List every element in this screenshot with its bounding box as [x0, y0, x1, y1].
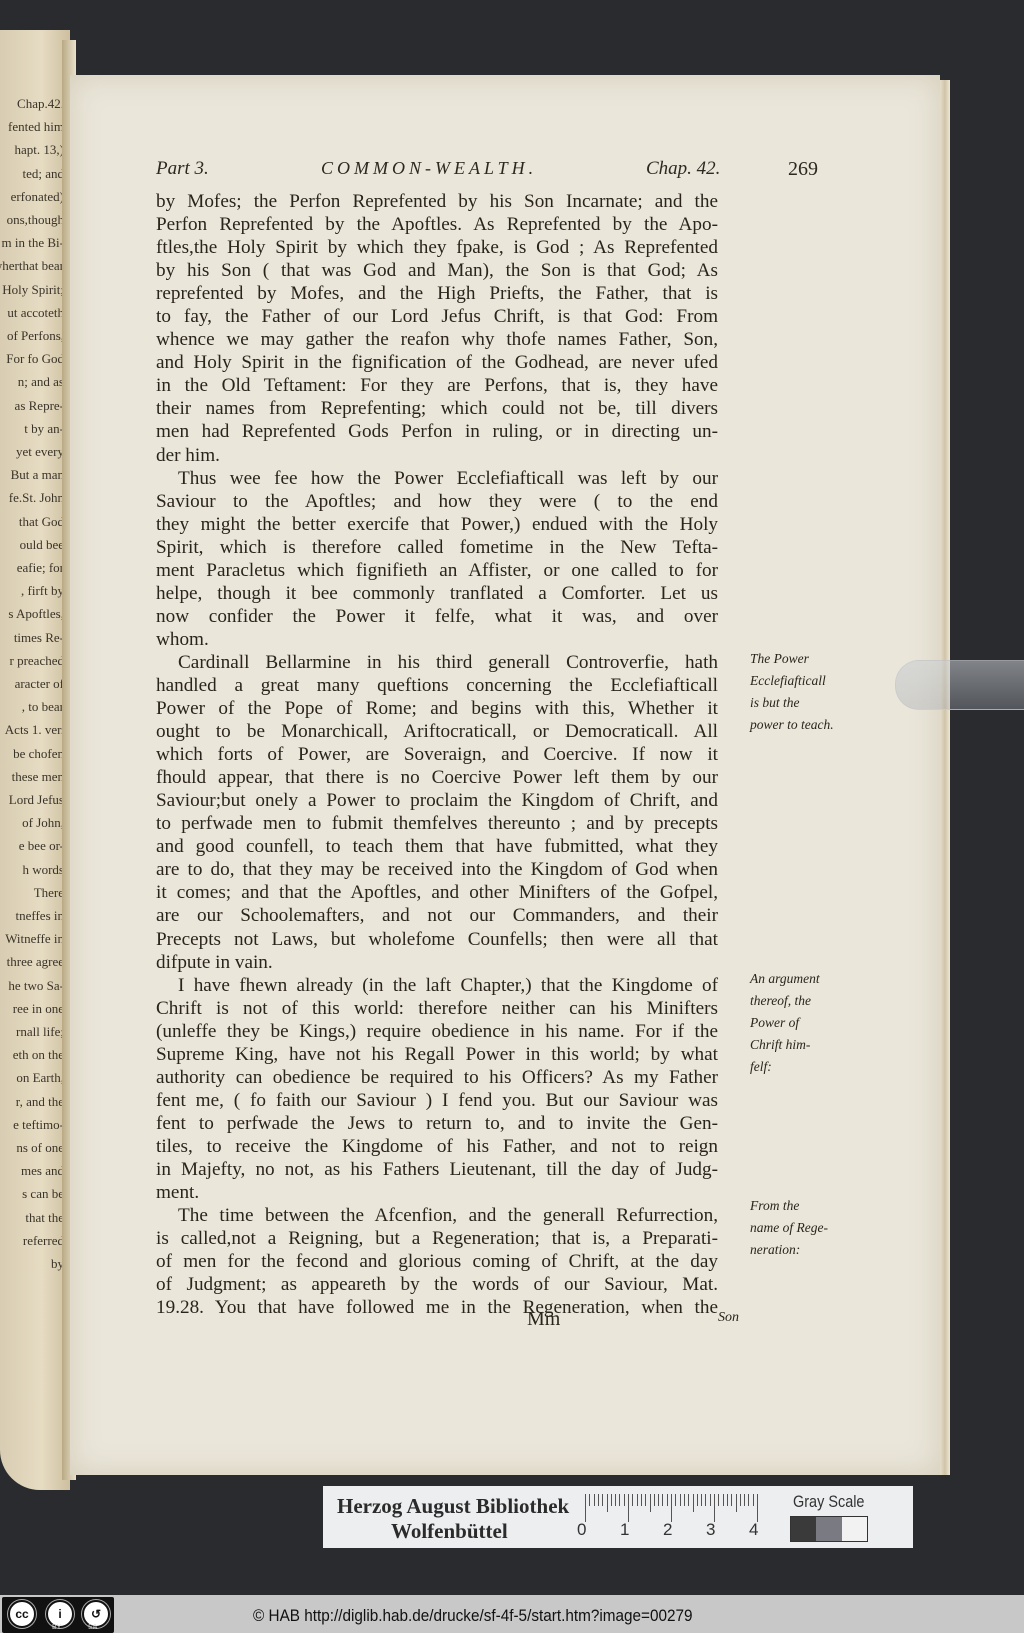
ruler-tick: [650, 1494, 651, 1512]
text-line: 19.28. You that have followed me in the …: [156, 1296, 718, 1319]
text-line: are to do, that they may be received int…: [156, 858, 718, 881]
text-line: which forts of Power, are Soveraign, and…: [156, 743, 718, 766]
text-line: and good counfell, to teach them that ha…: [156, 835, 718, 858]
institution-name: Herzog August Bibliothek: [337, 1494, 569, 1519]
margin-note-line: Ecclefiafticall: [750, 670, 834, 692]
page-number: 269: [788, 158, 818, 181]
ruler-tick: [710, 1494, 711, 1506]
text-line: Saviour;but onely a Power to proclaim th…: [156, 789, 718, 812]
page-edge: [940, 80, 950, 1475]
margin-note-line: The Power: [750, 648, 834, 670]
gray-swatch: [791, 1517, 816, 1541]
text-line: ment.: [156, 1181, 718, 1204]
margin-note-line: power to teach.: [750, 714, 834, 736]
ruler-tick: [654, 1494, 655, 1506]
margin-note: An argumentthereof, thePower ofChrift hi…: [750, 968, 820, 1078]
text-line: by Mofes; the Perfon Reprefented by his …: [156, 190, 718, 213]
text-line: The time between the Afcenfion, and the …: [156, 1204, 718, 1227]
ruler-scale: [585, 1494, 757, 1522]
facing-page-text-fragment: ould bee: [20, 533, 64, 556]
text-line: difpute in vain.: [156, 951, 718, 974]
text-line: tiles, to receive the Kingdome of his Fa…: [156, 1135, 718, 1158]
institution-city: Wolfenbüttel: [391, 1519, 508, 1544]
facing-page-text-fragment: eafie; for: [17, 556, 64, 579]
text-line: Power of the Pope of Rome; and begins wi…: [156, 697, 718, 720]
facing-page-text-fragment: three agree: [7, 950, 64, 973]
ruler-tick: [688, 1494, 689, 1506]
by-label: BY: [52, 1624, 61, 1631]
running-head: Part 3. COMMON-WEALTH. Chap. 42. 269: [156, 158, 836, 184]
facing-page-text-fragment: s Apoftles,: [8, 602, 64, 625]
facing-page-text-fragment: be chofen: [13, 742, 64, 765]
ruler-tick: [701, 1494, 702, 1506]
ruler-tick: [705, 1494, 706, 1506]
ruler-label: 3: [706, 1520, 715, 1540]
facing-page-text-fragment: rnall life;: [16, 1020, 64, 1043]
text-line: fhould appear, that there is no Coercive…: [156, 766, 718, 789]
text-line: they might the better exercife that Powe…: [156, 513, 718, 536]
facing-page-text-fragment: m in the Bi-: [2, 231, 64, 254]
text-line: ought to be Monarchicall, Ariftocratical…: [156, 720, 718, 743]
facing-page-left: Chap.42.fented himhapt. 13,)ted; anderfo…: [0, 30, 70, 1490]
facing-page-text-fragment: Witneffe in: [5, 927, 64, 950]
ruler-tick: [684, 1494, 685, 1506]
ruler-tick: [680, 1494, 681, 1506]
facing-page-text-fragment: he two Sa-: [8, 974, 64, 997]
ruler-tick: [632, 1494, 633, 1506]
facing-page-text-fragment: wherthat bear: [0, 254, 64, 277]
text-line: Precepts not Laws, but wholefome Counfel…: [156, 928, 718, 951]
text-line: to fay, the Father of our Lord Jefus Chr…: [156, 305, 718, 328]
ruler-tick: [658, 1494, 659, 1506]
margin-note-line: name of Rege-: [750, 1217, 828, 1239]
facing-page-text-fragment: n; and as: [18, 370, 64, 393]
facing-page-text-fragment: aracter of: [15, 672, 64, 695]
facing-page-text-fragment: Lord Jefus: [9, 788, 64, 811]
ruler-tick: [637, 1494, 638, 1506]
gray-scale-swatches: [790, 1516, 868, 1542]
text-line: Cardinall Bellarmine in his third genera…: [156, 651, 718, 674]
license-text[interactable]: © HAB http://diglib.hab.de/drucke/sf-4f-…: [253, 1606, 692, 1626]
ruler-tick: [671, 1494, 672, 1522]
text-line: Spirit, which is therefore called fometi…: [156, 536, 718, 559]
ruler-tick: [723, 1494, 724, 1506]
facing-page-text-fragment: of John,: [22, 811, 64, 834]
body-text: by Mofes; the Perfon Reprefented by his …: [156, 190, 718, 1319]
text-line: ment Paracletus which fignifieth an Affi…: [156, 559, 718, 582]
facing-page-text-fragment: h words: [22, 858, 64, 881]
margin-note-line: Chrift him-: [750, 1034, 820, 1056]
ruler-label: 0: [577, 1520, 586, 1540]
facing-page-text-fragment: e bee or-: [19, 834, 64, 857]
page-clip: [895, 660, 1024, 710]
facing-page-text-fragment: But a man: [11, 463, 64, 486]
margin-note-line: felf:: [750, 1056, 820, 1078]
margin-note-line: is but the: [750, 692, 834, 714]
ruler-tick: [594, 1494, 595, 1506]
ruler-label: 2: [663, 1520, 672, 1540]
text-line: (unleffe they be Kings,) require obedien…: [156, 1020, 718, 1043]
chapter-label: Chap. 42.: [646, 158, 720, 180]
ruler-tick: [624, 1494, 625, 1506]
ruler-tick: [615, 1494, 616, 1506]
ruler-tick: [641, 1494, 642, 1506]
facing-page-text-fragment: , to bear: [22, 695, 64, 718]
text-line: to perfwade men to fubmit themfelves the…: [156, 812, 718, 835]
ruler-tick: [619, 1494, 620, 1506]
ruler-tick: [607, 1494, 608, 1512]
ruler-tick: [736, 1494, 737, 1512]
facing-page-text-fragment: as Repre-: [15, 394, 64, 417]
ruler-tick: [611, 1494, 612, 1506]
gray-swatch: [816, 1517, 841, 1541]
facing-page-text-fragment: ut accoteth: [7, 301, 64, 324]
text-line: Supreme King, have not his Regall Power …: [156, 1043, 718, 1066]
ruler-tick: [740, 1494, 741, 1506]
cc-license-badge[interactable]: cc i ↺ BY SA: [2, 1597, 114, 1633]
ruler-tick: [753, 1494, 754, 1506]
facing-page-text-fragment: ree in one: [13, 997, 64, 1020]
text-line: their names from Reprefenting; which cou…: [156, 397, 718, 420]
signature-mark: Mm: [527, 1308, 560, 1331]
text-line: reprefented by Mofes, and the High Prief…: [156, 282, 718, 305]
facing-page-text-fragment: that God: [19, 510, 64, 533]
facing-page-text-fragment: fented him: [8, 115, 64, 138]
gray-swatch: [842, 1517, 867, 1541]
margin-note-line: An argument: [750, 968, 820, 990]
facing-page-text-fragment: ons,though: [7, 208, 64, 231]
sa-label: SA: [88, 1624, 97, 1631]
ruler-tick: [598, 1494, 599, 1506]
ruler-tick: [585, 1494, 586, 1522]
ruler-tick: [727, 1494, 728, 1506]
text-line: ftles,the Holy Spirit by which they fpak…: [156, 236, 718, 259]
ruler-tick: [589, 1494, 590, 1506]
facing-page-text-fragment: Acts 1. ver.: [5, 718, 64, 741]
catchword: Son: [718, 1310, 739, 1326]
text-line: I have fhewn already (in the laft Chapte…: [156, 974, 718, 997]
facing-page-text-fragment: referred: [23, 1229, 64, 1252]
facing-page-text-fragment: Chap.42.: [17, 92, 64, 115]
text-line: and Holy Spirit in the fignification of …: [156, 351, 718, 374]
ruler-tick: [714, 1494, 715, 1522]
text-line: by his Son ( that was God and Man), the …: [156, 259, 718, 282]
text-line: fent me, ( fo faith our Saviour ) I fend…: [156, 1089, 718, 1112]
text-line: Perfon Reprefented by the Apoftles. As R…: [156, 213, 718, 236]
ruler-tick: [697, 1494, 698, 1506]
text-line: it comes; and that the Apoftles, and oth…: [156, 881, 718, 904]
text-line: in Majefty, no not, as his Fathers Lieut…: [156, 1158, 718, 1181]
cc-icon: cc: [8, 1600, 36, 1628]
running-title: COMMON-WEALTH.: [321, 158, 537, 179]
facing-page-text-fragment: For fo God: [6, 347, 64, 370]
facing-page-text-fragment: There: [34, 881, 64, 904]
text-line: Thus wee fee how the Power Ecclefiaftica…: [156, 467, 718, 490]
text-line: of men for the fecond and glorious comin…: [156, 1250, 718, 1273]
ruler-tick: [602, 1494, 603, 1506]
ruler-tick: [645, 1494, 646, 1506]
facing-page-text-fragment: these men: [12, 765, 64, 788]
facing-page-text-fragment: Holy Spirit;: [2, 278, 64, 301]
ruler-tick: [731, 1494, 732, 1506]
ruler-tick: [675, 1494, 676, 1506]
facing-page-text-fragment: fe.St. John: [9, 486, 64, 509]
margin-note-line: From the: [750, 1195, 828, 1217]
ruler-tick: [628, 1494, 629, 1522]
facing-page-text-fragment: e teftimo-: [13, 1113, 64, 1136]
facing-page-text-fragment: hapt. 13,): [15, 138, 64, 161]
ruler-tick: [718, 1494, 719, 1506]
ruler-tick: [693, 1494, 694, 1512]
calibration-card: Herzog August Bibliothek Wolfenbüttel 01…: [323, 1486, 913, 1548]
margin-note-line: Power of: [750, 1012, 820, 1034]
margin-note: From thename of Rege-neration:: [750, 1195, 828, 1261]
text-line: men had Reprefented Gods Perfon in rulin…: [156, 420, 718, 443]
ruler-tick: [662, 1494, 663, 1506]
facing-page-text-fragment: r preached: [10, 649, 65, 672]
facing-page-text-fragment: , firft by: [21, 579, 64, 602]
part-label: Part 3.: [156, 158, 209, 180]
ruler-tick: [748, 1494, 749, 1506]
text-line: are our Schoolemafters, and not our Comm…: [156, 904, 718, 927]
text-line: of Judgment; as appeareth by the words o…: [156, 1273, 718, 1296]
facing-page-text-fragment: tneffes in: [16, 904, 65, 927]
ruler-tick: [744, 1494, 745, 1506]
ruler-tick: [667, 1494, 668, 1506]
ruler-tick: [757, 1494, 758, 1522]
ruler-label: 1: [620, 1520, 629, 1540]
text-line: helpe, though it bee commonly tranflated…: [156, 582, 718, 605]
facing-page-text-fragment: r, and the: [16, 1090, 64, 1113]
facing-page-text-fragment: eth on the: [13, 1043, 64, 1066]
margin-note: The PowerEcclefiafticallis but thepower …: [750, 648, 834, 736]
facing-page-text-fragment: mes and: [21, 1159, 64, 1182]
gray-scale-label: Gray Scale: [793, 1492, 864, 1512]
text-line: der him.: [156, 444, 718, 467]
facing-page-text-fragment: of Perfons,: [7, 324, 64, 347]
text-line: now confider the Power it felfe, what it…: [156, 605, 718, 628]
text-line: authority can obedience be required to h…: [156, 1066, 718, 1089]
text-line: Saviour to the Apoftles; and how they we…: [156, 490, 718, 513]
facing-page-text-fragment: yet every: [16, 440, 64, 463]
facing-page-text-fragment: s can be: [22, 1182, 64, 1205]
text-line: fent to perfwade the Jews to return to, …: [156, 1112, 718, 1135]
text-line: Chrift is not of this world: therefore n…: [156, 997, 718, 1020]
facing-page-text-fragment: ted; and: [22, 162, 64, 185]
facing-page-text-fragment: times Re-: [14, 626, 64, 649]
facing-page-text-fragment: erfonated): [11, 185, 64, 208]
text-line: whom.: [156, 628, 718, 651]
margin-note-line: thereof, the: [750, 990, 820, 1012]
ruler-labels: 01234: [577, 1520, 777, 1542]
ruler-label: 4: [749, 1520, 758, 1540]
text-line: whence we may gather the reafon why thof…: [156, 328, 718, 351]
text-line: in the Old Teftament: For they are Perfo…: [156, 374, 718, 397]
facing-page-text-fragment: ns of one: [16, 1136, 64, 1159]
facing-page-text-fragment: on Earth,: [16, 1066, 64, 1089]
text-line: handled a great many queftions concernin…: [156, 674, 718, 697]
facing-page-text-fragment: t by an-: [24, 417, 64, 440]
facing-page-text-fragment: that the: [25, 1206, 64, 1229]
text-line: is called,not a Reigning, but a Regenera…: [156, 1227, 718, 1250]
margin-note-line: neration:: [750, 1239, 828, 1261]
